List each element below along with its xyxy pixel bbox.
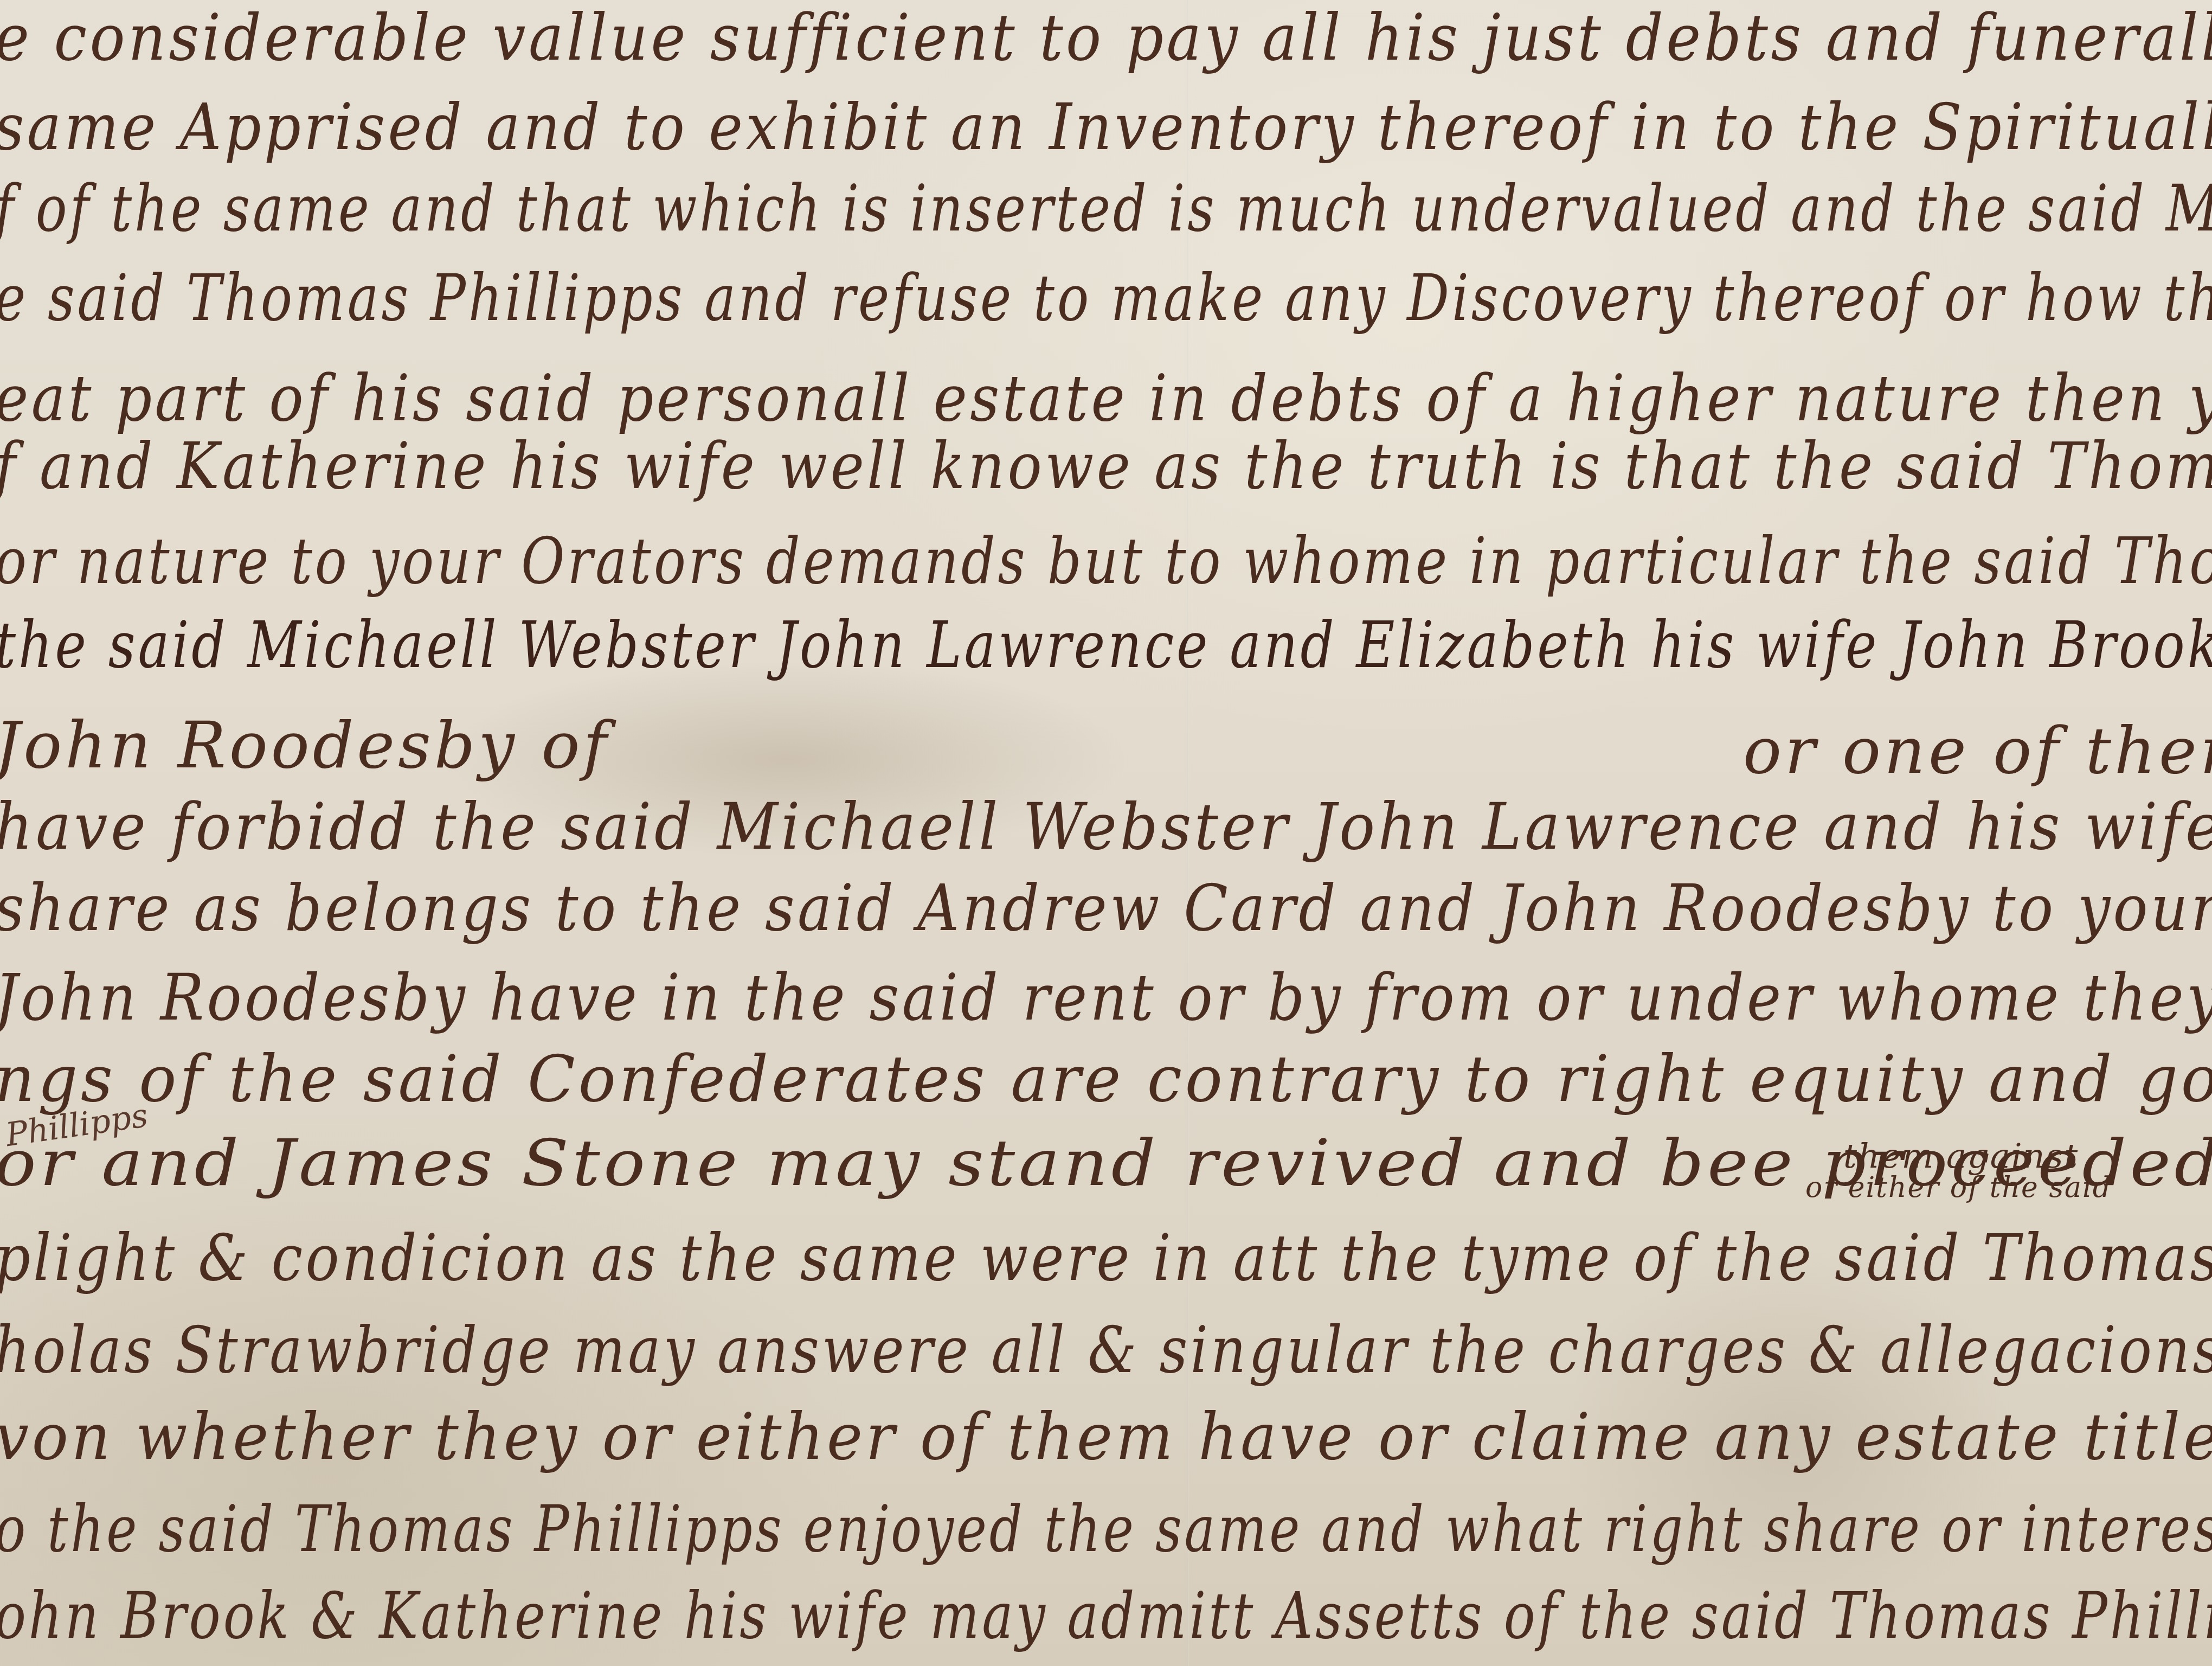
manuscript-line-13: ngs of the said Confederates are contrar… bbox=[0, 1047, 2212, 1111]
manuscript-line-17: von whether they or either of them have … bbox=[0, 1405, 2212, 1469]
manuscript-line-6: f and Katherine his wife well knowe as t… bbox=[0, 434, 2212, 498]
manuscript-line-7: or nature to your Orators demands but to… bbox=[0, 529, 2212, 593]
manuscript-line-8: the said Michaell Webster John Lawrence … bbox=[0, 613, 2212, 677]
manuscript-line-9-right-fragment: or one of them d bbox=[1743, 713, 2212, 788]
manuscript-line-4: e said Thomas Phillipps and refuse to ma… bbox=[0, 266, 2212, 330]
manuscript-line-12: John Roodesby have in the said rent or b… bbox=[0, 965, 2212, 1029]
manuscript-line-5: eat part of his said personall estate in… bbox=[0, 366, 2212, 430]
interlineation-or-either: or either of the said bbox=[1805, 1171, 2112, 1204]
interlineation-them-against: them against bbox=[1843, 1136, 2079, 1176]
manuscript-line-3: f of the same and that which is inserted… bbox=[0, 176, 2212, 240]
manuscript-page: e considerable vallue sufficient to pay … bbox=[0, 0, 2212, 1666]
manuscript-line-16: holas Strawbridge may answere all & sing… bbox=[0, 1318, 2212, 1382]
manuscript-line-2: same Apprised and to exhibit an Inventor… bbox=[0, 95, 2212, 159]
manuscript-line-10: have forbidd the said Michaell Webster J… bbox=[0, 794, 2212, 858]
manuscript-line-15: plight & condicion as the same were in a… bbox=[0, 1226, 2212, 1290]
manuscript-line-9: John Roodesby of bbox=[0, 713, 610, 777]
manuscript-line-1: e considerable vallue sufficient to pay … bbox=[0, 5, 2212, 69]
manuscript-line-18: o the said Thomas Phillipps enjoyed the … bbox=[0, 1497, 2212, 1561]
manuscript-line-11: share as belongs to the said Andrew Card… bbox=[0, 876, 2212, 940]
manuscript-line-19: ohn Brook & Katherine his wife may admit… bbox=[0, 1584, 2212, 1648]
